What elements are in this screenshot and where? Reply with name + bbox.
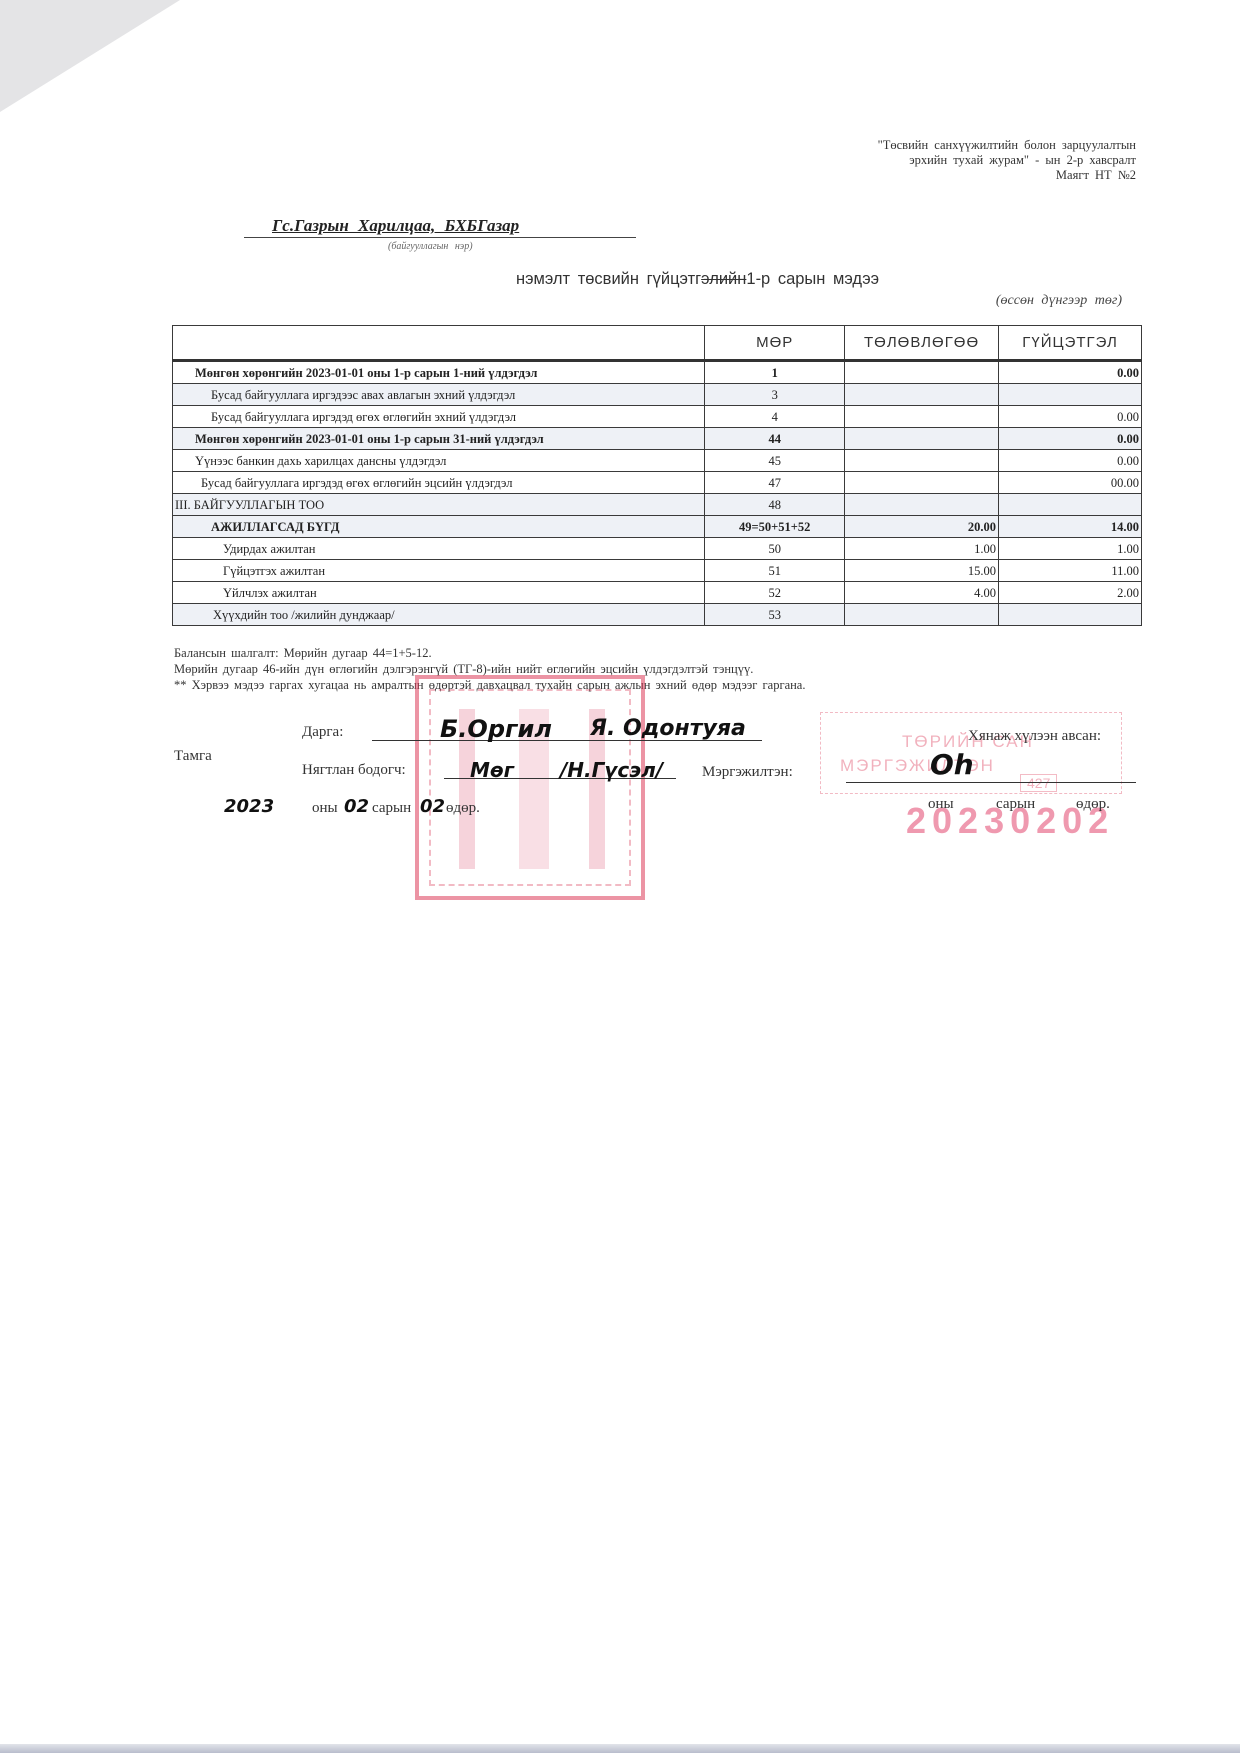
- header-label: [173, 326, 705, 361]
- row-plan: 1.00: [845, 538, 999, 560]
- table-row: Удирдах ажилтан501.001.00: [173, 538, 1142, 560]
- table-row: III. БАЙГУУЛЛАГЫН ТОО48: [173, 494, 1142, 516]
- table-row: Үүнээс банкин дахь харилцах дансны үлдэг…: [173, 450, 1142, 472]
- row-label: III. БАЙГУУЛЛАГЫН ТОО: [173, 494, 705, 516]
- row-label: Гүйцэтгэх ажилтан: [173, 560, 705, 582]
- row-label: Үүнээс банкин дахь харилцах дансны үлдэг…: [173, 450, 705, 472]
- row-number: 50: [705, 538, 845, 560]
- director-name-handwritten: Я. Одонтуяа: [590, 716, 746, 741]
- table-row: Мөнгөн хөрөнгийн 2023-01-01 оны 1-р сары…: [173, 428, 1142, 450]
- reference-line-2: эрхийн тухай журам" - ын 2-р хавсралт: [878, 153, 1136, 168]
- accountant-signature: Мөг: [470, 758, 514, 782]
- specialist-label: Мэргэжилтэн:: [702, 764, 793, 781]
- date-month-handwritten: 02: [344, 796, 369, 817]
- row-number: 44: [705, 428, 845, 450]
- received-stamp-number: 427: [1020, 774, 1057, 792]
- row-number: 3: [705, 384, 845, 406]
- spec-year-label: оны: [928, 796, 954, 813]
- row-number: 47: [705, 472, 845, 494]
- row-label: Удирдах ажилтан: [173, 538, 705, 560]
- director-signature: Б.Оргил: [440, 715, 552, 743]
- row-number: 48: [705, 494, 845, 516]
- row-plan: [845, 472, 999, 494]
- row-actual: 0.00: [999, 428, 1142, 450]
- accountant-name-handwritten: /Н.Гүсэл/: [560, 758, 663, 782]
- header-row-number: МӨР: [705, 326, 845, 361]
- stamp-label: Тамга: [174, 748, 212, 765]
- header-actual: ГҮЙЦЭТГЭЛ: [999, 326, 1142, 361]
- row-label: АЖИЛЛАГСАД БҮГД: [173, 516, 705, 538]
- row-label: Бусад байгууллага иргэдэд өгөх өглөгийн …: [173, 472, 705, 494]
- date-day-label: өдөр.: [446, 800, 480, 817]
- row-plan: [845, 604, 999, 626]
- report-subtitle: (өссөн дүнгээр төг): [996, 293, 1122, 309]
- scan-fold-corner: [0, 0, 180, 112]
- table-row: Мөнгөн хөрөнгийн 2023-01-01 оны 1-р сары…: [173, 361, 1142, 384]
- row-plan: [845, 361, 999, 384]
- row-label: Бусад байгууллага иргэдээс авах авлагын …: [173, 384, 705, 406]
- scan-bottom-edge: [0, 1744, 1240, 1753]
- row-actual: 14.00: [999, 516, 1142, 538]
- table-row: Бусад байгууллага иргэдэд өгөх өглөгийн …: [173, 406, 1142, 428]
- row-actual: [999, 494, 1142, 516]
- header-plan: ТӨЛӨВЛӨГӨӨ: [845, 326, 999, 361]
- specialist-signature-line: [846, 782, 1136, 783]
- date-year-label: оны: [312, 800, 338, 817]
- title-struck: элийн: [701, 270, 746, 288]
- table-row: Үйлчлэх ажилтан524.002.00: [173, 582, 1142, 604]
- spec-day-label: өдөр.: [1076, 796, 1110, 813]
- row-actual: [999, 604, 1142, 626]
- row-label: Бусад байгууллага иргэдэд өгөх өглөгийн …: [173, 406, 705, 428]
- reviewed-label: Хянаж хүлээн авсан:: [968, 728, 1101, 745]
- row-number: 49=50+51+52: [705, 516, 845, 538]
- accountant-label: Нягтлан бодогч:: [302, 762, 406, 779]
- row-plan: [845, 450, 999, 472]
- row-label: Үйлчлэх ажилтан: [173, 582, 705, 604]
- date-day-handwritten: 02: [420, 796, 445, 817]
- note-balance-check: Балансын шалгалт: Мөрийн дугаар 44=1+5-1…: [174, 645, 805, 661]
- row-plan: [845, 494, 999, 516]
- row-actual: 00.00: [999, 472, 1142, 494]
- row-actual: [999, 384, 1142, 406]
- organization-name: Гс.Газрын Харилцаа, БХБГазар: [244, 216, 636, 238]
- row-number: 45: [705, 450, 845, 472]
- table-row: Хүүхдийн тоо /жилийн дунджаар/53: [173, 604, 1142, 626]
- table-row: Бусад байгууллага иргэдээс авах авлагын …: [173, 384, 1142, 406]
- reference-line-1: "Төсвийн санхүүжилтийн болон зарцуулалты…: [878, 138, 1136, 153]
- row-actual: 11.00: [999, 560, 1142, 582]
- row-actual: 0.00: [999, 450, 1142, 472]
- form-reference: "Төсвийн санхүүжилтийн болон зарцуулалты…: [878, 138, 1136, 183]
- report-title: нэмэлт төсвийн гүйцэтгэлийн1-р сарын мэд…: [516, 270, 879, 289]
- row-plan: [845, 406, 999, 428]
- row-actual: 0.00: [999, 361, 1142, 384]
- row-plan: [845, 428, 999, 450]
- table-row: Гүйцэтгэх ажилтан5115.0011.00: [173, 560, 1142, 582]
- row-label: Мөнгөн хөрөнгийн 2023-01-01 оны 1-р сары…: [173, 428, 705, 450]
- report-table: МӨР ТӨЛӨВЛӨГӨӨ ГҮЙЦЭТГЭЛ Мөнгөн хөрөнгий…: [172, 325, 1142, 626]
- row-plan: 15.00: [845, 560, 999, 582]
- spec-month-label: сарын: [996, 796, 1035, 813]
- table-row: Бусад байгууллага иргэдэд өгөх өглөгийн …: [173, 472, 1142, 494]
- table-row: АЖИЛЛАГСАД БҮГД49=50+51+5220.0014.00: [173, 516, 1142, 538]
- date-year-handwritten: 2023: [224, 796, 274, 817]
- row-number: 53: [705, 604, 845, 626]
- row-actual: 1.00: [999, 538, 1142, 560]
- row-number: 52: [705, 582, 845, 604]
- row-plan: 4.00: [845, 582, 999, 604]
- official-seal-stamp: [415, 675, 645, 900]
- row-number: 4: [705, 406, 845, 428]
- row-number: 51: [705, 560, 845, 582]
- row-actual: 0.00: [999, 406, 1142, 428]
- table-header: МӨР ТӨЛӨВЛӨГӨӨ ГҮЙЦЭТГЭЛ: [173, 326, 1142, 361]
- row-number: 1: [705, 361, 845, 384]
- row-label: Хүүхдийн тоо /жилийн дунджаар/: [173, 604, 705, 626]
- date-month-label: сарын: [372, 800, 411, 817]
- form-code: Маягт НТ №2: [878, 168, 1136, 183]
- row-label: Мөнгөн хөрөнгийн 2023-01-01 оны 1-р сары…: [173, 361, 705, 384]
- specialist-signature: Оһ: [930, 748, 974, 781]
- organization-caption: (байгууллагын нэр): [388, 241, 473, 252]
- title-prefix: нэмэлт төсвийн гүйцэтг: [516, 270, 701, 288]
- row-plan: 20.00: [845, 516, 999, 538]
- director-label: Дарга:: [302, 724, 343, 741]
- title-suffix: 1-р сарын мэдээ: [746, 270, 879, 288]
- row-actual: 2.00: [999, 582, 1142, 604]
- row-plan: [845, 384, 999, 406]
